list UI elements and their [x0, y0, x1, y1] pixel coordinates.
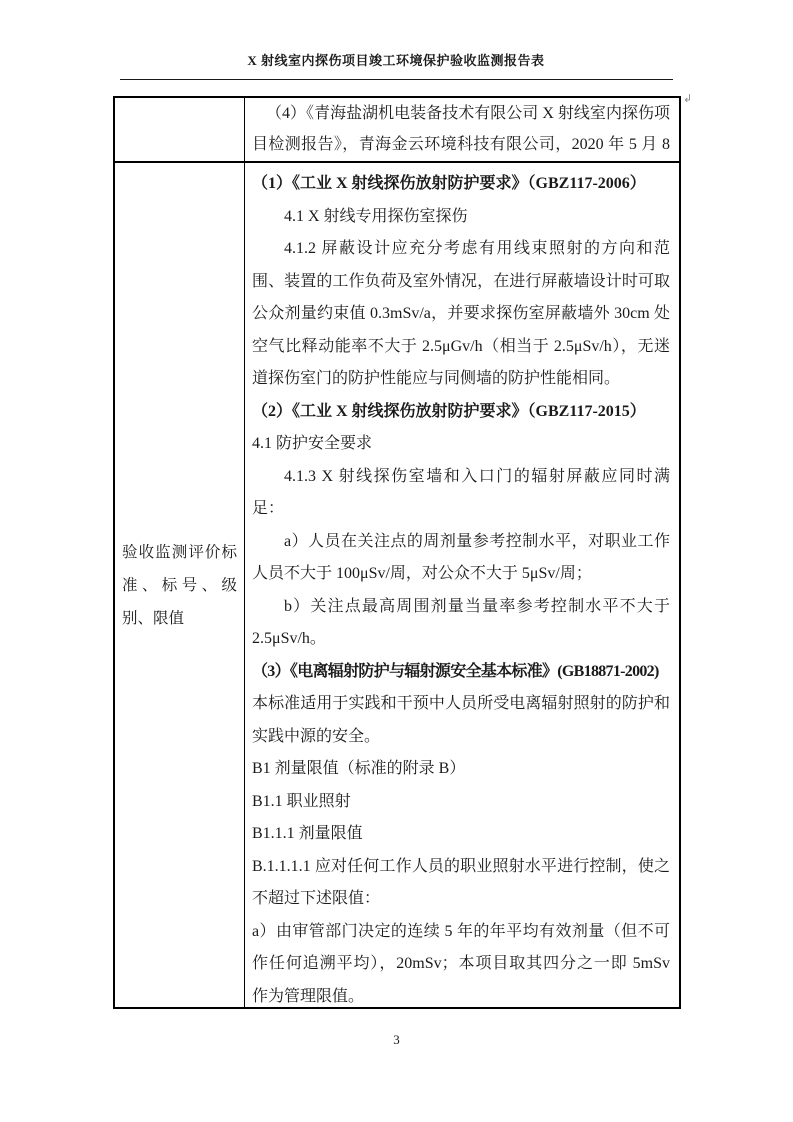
page-number: 3	[0, 1032, 793, 1048]
clause-4-1-2006: 4.1 X 射线专用探伤室探伤	[252, 201, 670, 234]
document-page: X 射线室内探伤项目竣工环境保护验收监测报告表 ↲ （4）《青海盐湖机电装备技术…	[0, 0, 793, 1122]
paragraph-return-icon: ↲	[683, 92, 692, 105]
criteria-label-text: 验收监测评价标准、标号、级别、限值	[122, 536, 237, 635]
clause-4-1-3-b: b）关注点最高周围剂量当量率参考控制水平不大于 2.5μSv/h。	[252, 591, 670, 656]
gb18871-scope: 本标准适用于实践和干预中人员所受电离辐射照射的防护和实践中源的安全。	[252, 688, 670, 753]
page-title: X 射线室内探伤项目竣工环境保护验收监测报告表	[113, 50, 679, 69]
clause-4-1-3: 4.1.3 X 射线探伤室墙和入口门的辐射屏蔽应同时满足：	[252, 461, 670, 526]
clause-b1-1-1: B1.1.1 剂量限值	[252, 818, 670, 851]
table-cell-criteria-label: 验收监测评价标准、标号、级别、限值	[115, 163, 245, 1007]
standard-heading-gbz117-2006: （1）《工业 X 射线探伤放射防护要求》（GBZ117-2006）	[252, 168, 670, 201]
standard-heading-gb18871: （3）《电离辐射防护与辐射源安全基本标准》(GB18871-2002)	[252, 656, 670, 689]
clause-b1-1-1-1-a: a）由审管部门决定的连续 5 年的年平均有效剂量（但不可作任何追溯平均），20m…	[252, 916, 670, 1008]
report-table: （4）《青海盐湖机电装备技术有限公司 X 射线室内探伤项目检测报告》，青海金云环…	[113, 96, 681, 1009]
table-cell-reference-document: （4）《青海盐湖机电装备技术有限公司 X 射线室内探伤项目检测报告》，青海金云环…	[245, 98, 679, 163]
header-divider	[120, 79, 673, 80]
clause-b1-1: B1.1 职业照射	[252, 786, 670, 819]
clause-4-1-2015: 4.1 防护安全要求	[252, 428, 670, 461]
table-cell-standards-content: （1）《工业 X 射线探伤放射防护要求》（GBZ117-2006） 4.1 X …	[245, 163, 679, 1007]
table-cell-row1-label	[115, 98, 245, 163]
clause-4-1-3-a: a）人员在关注点的周剂量参考控制水平，对职业工作人员不大于 100μSv/周，对…	[252, 526, 670, 591]
clause-b1: B1 剂量限值（标准的附录 B）	[252, 753, 670, 786]
clause-4-1-2: 4.1.2 屏蔽设计应充分考虑有用线束照射的方向和范围、装置的工作负荷及室外情况…	[252, 233, 670, 396]
clause-b1-1-1-1: B.1.1.1.1 应对任何工作人员的职业照射水平进行控制，使之不超过下述限值：	[252, 851, 670, 916]
standard-heading-gbz117-2015: （2）《工业 X 射线探伤放射防护要求》（GBZ117-2015）	[252, 396, 670, 429]
